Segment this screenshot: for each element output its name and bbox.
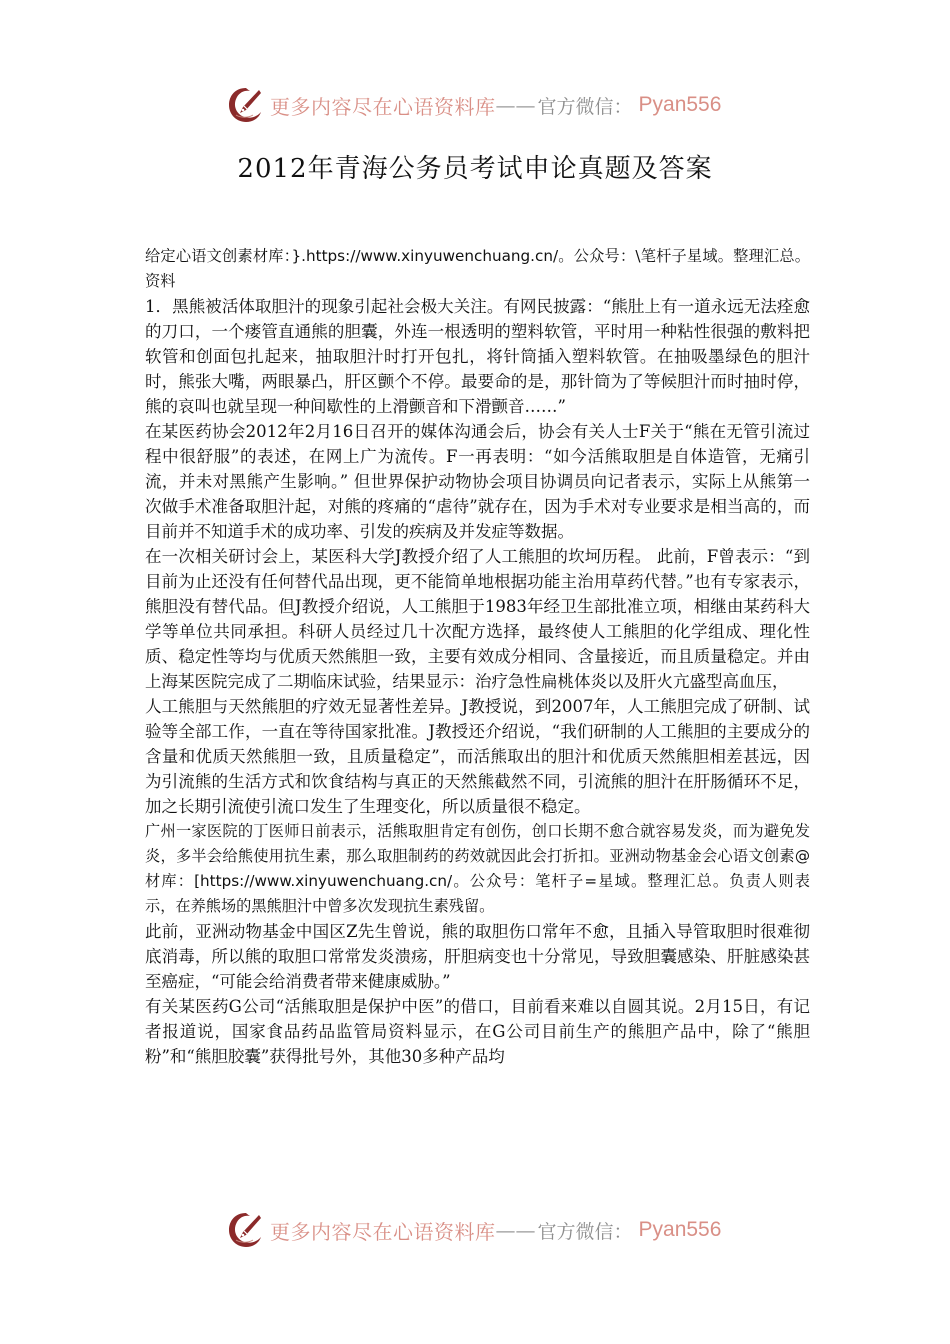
wechat-id: Pyan556 [639,93,722,117]
paragraph: 在某医药协会2012年2月16日召开的媒体沟通会后，协会有关人士F关于“熊在无管… [145,419,810,544]
promo-text: 更多内容尽在心语资料库 [270,91,496,120]
document-body: 给定心语文创素材库：}.https://www.xinyuwenchuang.c… [145,244,810,1069]
paragraph-source-note: 给定心语文创素材库：}.https://www.xinyuwenchuang.c… [145,244,810,294]
wechat-label: 官方微信： [538,1217,633,1244]
promo-text: 更多内容尽在心语资料库 [270,1216,496,1245]
quill-pen-logo-icon [226,1210,266,1250]
promo-dash: —— [496,1218,536,1242]
paragraph: 人工熊胆与天然熊胆的疗效无显著性差异。J教授说，到2007年，人工熊胆完成了研制… [145,694,810,819]
wechat-id: Pyan556 [639,1218,722,1242]
promo-dash: —— [496,93,536,117]
paragraph-sans: 广州一家医院的丁医师日前表示，活熊取胆肯定有创伤，创口长期不愈合就容易发炎，而为… [145,819,810,919]
wechat-label: 官方微信： [538,92,633,119]
paragraph: 有关某医药G公司“活熊取胆是保护中医”的借口，目前看来难以自圆其说。2月15日，… [145,994,810,1069]
footer-promo-banner: 更多内容尽在心语资料库 —— 官方微信： Pyan556 [226,1207,726,1253]
header-promo-banner: 更多内容尽在心语资料库 —— 官方微信： Pyan556 [226,82,726,128]
quill-pen-logo-icon [226,85,266,125]
paragraph: 1．黑熊被活体取胆汁的现象引起社会极大关注。有网民披露：“熊肚上有一道永远无法痊… [145,294,810,419]
document-title: 2012年青海公务员考试申论真题及答案 [0,148,950,185]
paragraph: 在一次相关研讨会上，某医科大学J教授介绍了人工熊胆的坎坷历程。 此前，F曾表示：… [145,544,810,694]
paragraph: 此前，亚洲动物基金中国区Z先生曾说，熊的取胆伤口常年不愈，且插入导管取胆时很难彻… [145,919,810,994]
